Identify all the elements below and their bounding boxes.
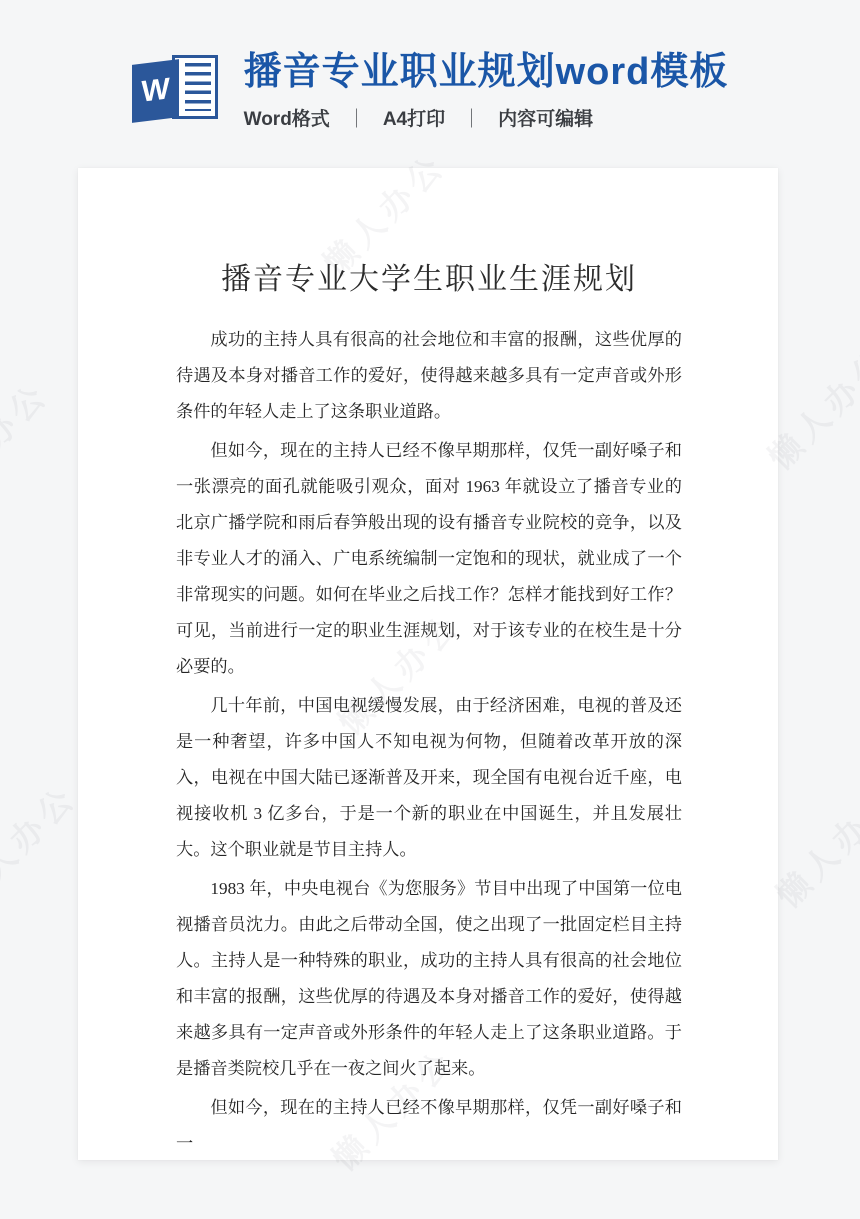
watermark-text: 懒人办公	[0, 773, 86, 917]
document-paragraph: 1983 年，中央电视台《为您服务》节目中出现了中国第一位电视播音员沈力。由此之…	[176, 871, 682, 1087]
format-item-editable: 内容可编辑	[498, 104, 593, 131]
separator: ｜	[462, 104, 481, 131]
document-paragraph: 几十年前，中国电视缓慢发展，由于经济困难，电视的普及还是一种奢望，许多中国人不知…	[176, 688, 682, 868]
document-body: 成功的主持人具有很高的社会地位和丰富的报酬，这些优厚的待遇及本身对播音工作的爱好…	[176, 322, 682, 1160]
header-text: 播音专业职业规划word模板 Word格式 ｜ A4打印 ｜ 内容可编辑	[244, 52, 729, 131]
document-title: 播音专业大学生职业生涯规划	[176, 254, 682, 298]
page-title: 播音专业职业规划word模板	[244, 52, 729, 92]
format-info-bar: Word格式 ｜ A4打印 ｜ 内容可编辑	[244, 104, 729, 131]
document-paragraph: 但如今，现在的主持人已经不像早期那样，仅凭一副好嗓子和一	[176, 1090, 682, 1160]
word-file-icon: W	[132, 54, 218, 128]
header: W 播音专业职业规划word模板 Word格式 ｜ A4打印 ｜ 内容可编辑	[0, 52, 860, 131]
word-icon-letter: W	[132, 59, 179, 123]
document-preview-page: 播音专业大学生职业生涯规划 成功的主持人具有很高的社会地位和丰富的报酬，这些优厚…	[78, 168, 778, 1160]
format-item-word: Word格式	[244, 104, 330, 131]
watermark-text: 懒人办公	[0, 370, 58, 514]
word-icon-text-lines	[185, 63, 211, 111]
document-paragraph: 但如今，现在的主持人已经不像早期那样，仅凭一副好嗓子和一张漂亮的面孔就能吸引观众…	[176, 433, 682, 685]
document-paragraph: 成功的主持人具有很高的社会地位和丰富的报酬，这些优厚的待遇及本身对播音工作的爱好…	[176, 322, 682, 430]
format-item-print: A4打印	[383, 104, 445, 131]
separator: ｜	[347, 104, 366, 131]
watermark-text: 懒人办公	[764, 773, 860, 917]
